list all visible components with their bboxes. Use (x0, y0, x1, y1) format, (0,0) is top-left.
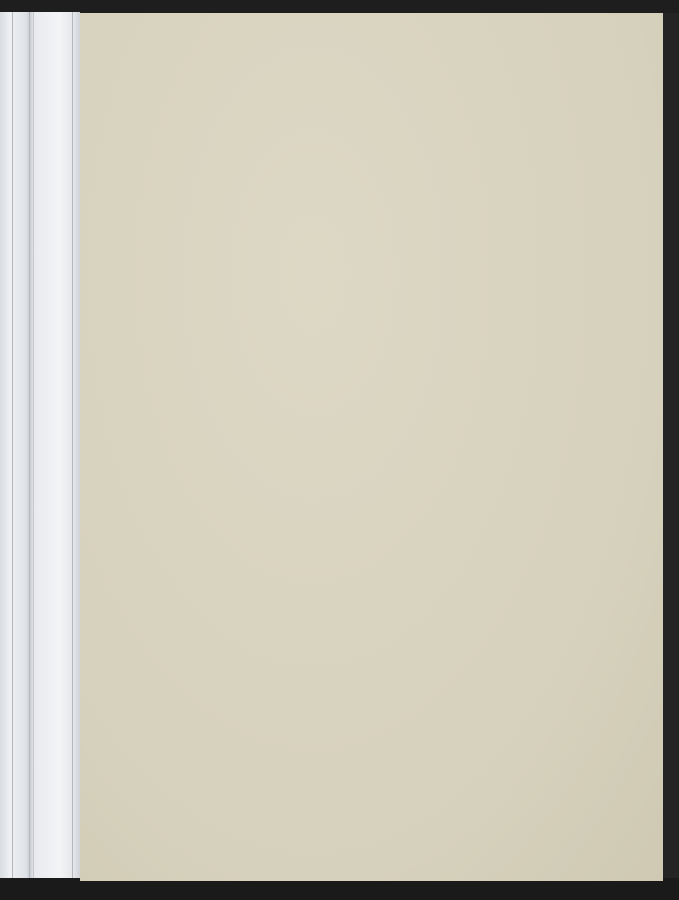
top-frame (0, 0, 679, 14)
binder-line (72, 12, 73, 882)
bottom-frame (0, 878, 679, 900)
right-frame (663, 13, 679, 881)
binder-line (29, 12, 30, 882)
binder-edge (0, 12, 80, 882)
binder-line (12, 12, 13, 882)
binder-line (33, 12, 34, 882)
award-sheet (80, 13, 663, 881)
